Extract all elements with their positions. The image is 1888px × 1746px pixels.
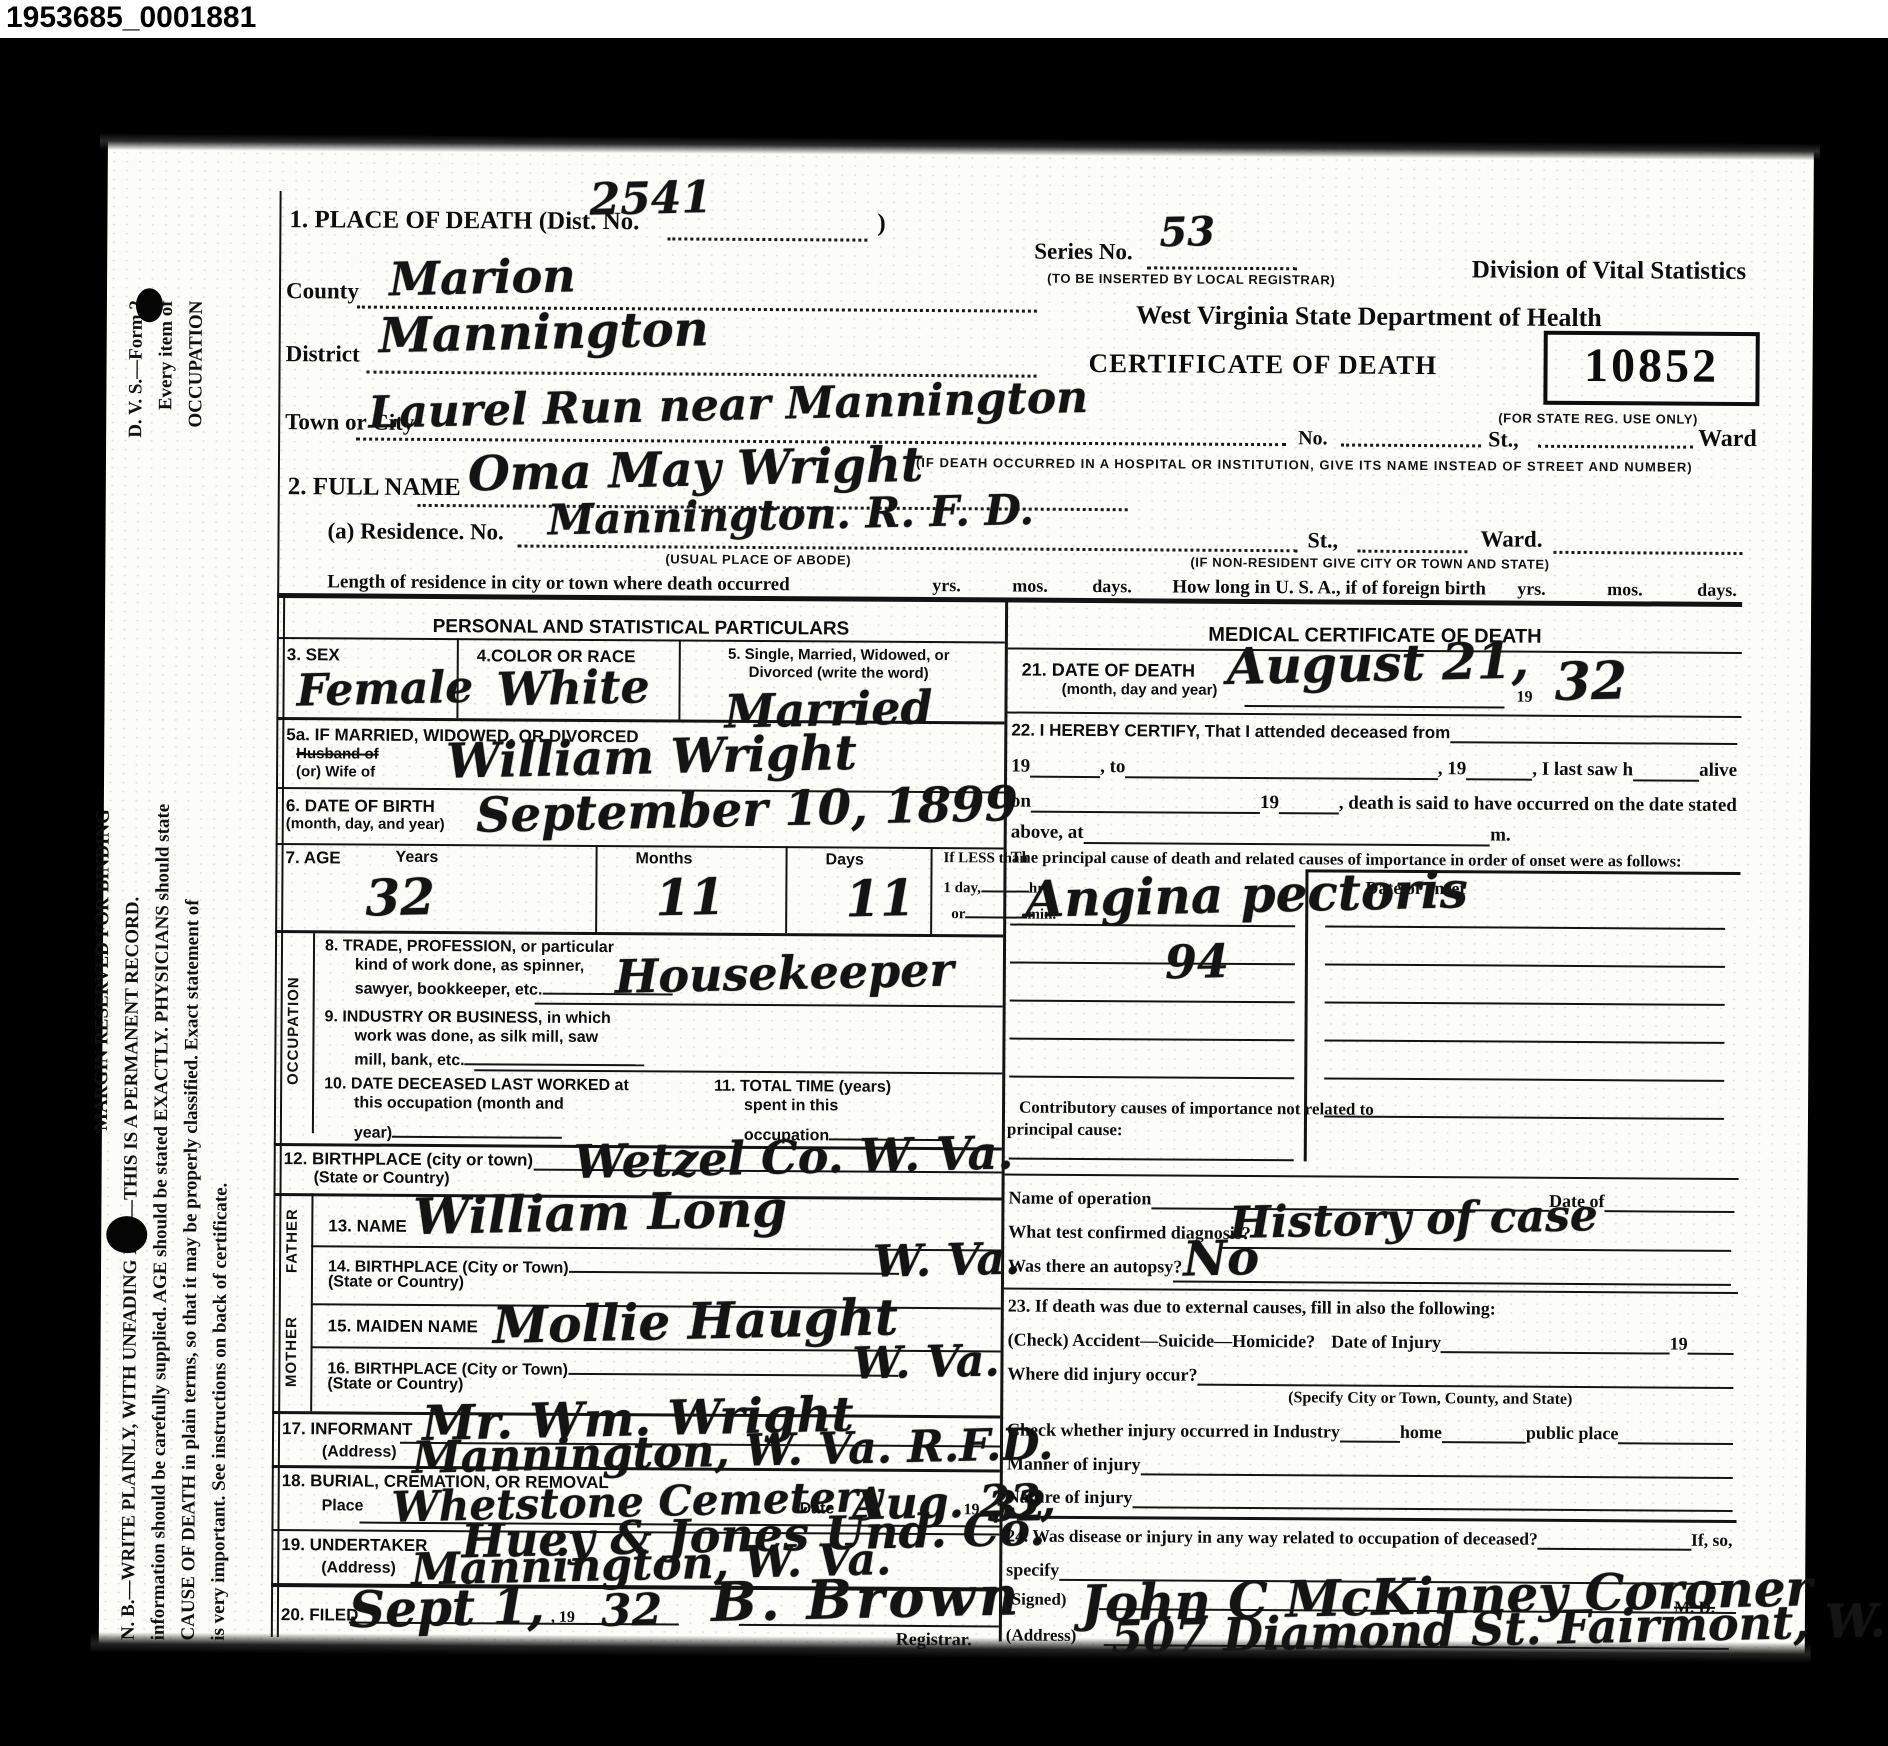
rule [1009,1038,1294,1042]
leader [1357,550,1467,554]
ward-label: Ward [1698,426,1757,453]
district-number-value: 2541 [589,172,713,226]
autopsy-value: No [1183,1230,1260,1288]
father-birthplace-sublabel: (State or Country) [328,1273,464,1292]
sex-value: Female [296,662,474,717]
rule [1244,705,1504,709]
registration-number-box: 10852 [1543,331,1759,406]
age-label: 7. AGE [285,848,340,868]
hospital-note: (IF DEATH OCCURRED IN A HOSPITAL OR INST… [916,455,1693,475]
date-of-death-sublabel: (month, day and year) [1062,681,1218,699]
certificate-title: CERTIFICATE OF DEATH [1088,348,1437,381]
trade-value: Housekeeper [614,942,954,1003]
district-value: Mannington [378,301,709,364]
rule [1324,1077,1724,1081]
certify-line-4: above, atm. [1011,822,1511,847]
registrar-label: Registrar. [896,1629,972,1650]
rule [1009,1158,1294,1162]
abode-note: (USUAL PLACE OF ABODE) [665,551,851,567]
date-of-death-value: August 21, [1226,630,1529,696]
state-reg-note: (FOR STATE REG. USE ONLY) [1498,410,1698,426]
husband-of-label: Husband of [296,745,379,763]
leader [1147,266,1297,270]
where-injury-line: Where did injury occur? [1007,1364,1733,1389]
manner-line: Manner of injury [1007,1454,1733,1479]
birthplace-value: Wetzel Co. W. Va. [573,1125,1014,1189]
date-of-death-label: 21. DATE OF DEATH [1022,660,1195,682]
signed-label: (Signed) [1006,1590,1067,1610]
check-line: (Check) Accident—Suicide—Homicide?Date o… [1008,1330,1734,1355]
cell-line [595,845,598,932]
certify-line-3: on19, death is said to have occurred on … [1011,791,1737,817]
age-months-value: 11 [655,867,726,928]
leader [667,237,867,241]
ink-blot [106,1216,147,1253]
series-note: (TO BE INSERTED BY LOCAL REGISTRAR) [1047,271,1335,288]
autopsy-label: Was there an autopsy? [1008,1256,1182,1278]
rule [1009,1076,1294,1080]
rule [1010,1000,1295,1004]
rule [1005,1173,1739,1179]
scan-fold-top [100,124,1820,161]
age-years-value: 32 [365,867,436,928]
place-of-death-label: 1. PLACE OF DEATH (Dist. No. [289,206,639,236]
yrs-label: yrs. [932,575,961,596]
total-time-label2: spent in this [744,1097,838,1116]
rule [1004,1287,1738,1293]
industry-label3: mill, bank, etc. [354,1047,644,1072]
undertaker-address-label: (Address) [321,1559,396,1577]
father-birthplace-value: W. Va. [873,1234,1021,1288]
mother-side-label: MOTHER [283,1307,301,1397]
maiden-name-label: 15. MAIDEN NAME [328,1316,478,1337]
dob-label: 6. DATE OF BIRTH [286,796,435,817]
cell-line [678,639,680,719]
race-value: White [496,659,650,716]
death-year-value: 32 [1554,650,1628,713]
rule [535,1003,1003,1008]
father-name-value: William Long [413,1179,788,1246]
department-title: West Virginia State Department of Health [1059,300,1679,334]
father-name-label: 13. NAME [328,1216,407,1236]
signed-address-label: (Address) [1006,1626,1077,1646]
county-value: Marion [389,248,577,306]
occupation-related-line: 24. Was disease or injury in any way rel… [1006,1526,1732,1551]
nature-line: Nature of injury [1007,1487,1733,1512]
rule [1007,712,1741,718]
certify-line-1: 22. I HEREBY CERTIFY, That I attended de… [1011,720,1737,745]
industry-label: 9. INDUSTRY OR BUSINESS, in which [325,1008,611,1028]
age-days-header: Days [825,851,863,869]
leader [1553,551,1742,555]
birthplace-label: 12. BIRTHPLACE (city or town) [284,1149,533,1171]
external-causes-label: 23. If death was due to external causes,… [1008,1296,1496,1320]
bracket-line [312,933,315,1133]
leader [1341,444,1481,448]
registration-number: 10852 [1584,339,1719,393]
last-worked-label: 10. DATE DECEASED LAST WORKED at [324,1075,629,1095]
leader [1538,445,1693,449]
marital-label: 5. Single, Married, Widowed, orDivorced … [689,646,989,684]
scan-filename: 1953685_0001881 [6,1,256,35]
rule [1221,1247,1731,1252]
industry-home-line: Check whether injury occurred in Industr… [1007,1420,1733,1445]
ink-blot [136,288,163,322]
sex-label: 3. SEX [287,645,340,665]
residence-value: Mannington. R. F. D. [547,485,1034,545]
last-worked-label2: this occupation (month and [354,1095,564,1114]
scanned-page: 1953685_0001881 MARGIN RESERVED FOR BIND… [0,0,1888,1746]
filed-year-value: 32 [600,1585,662,1637]
certify-line-2: 19, to, 19, I last saw halive [1011,756,1737,782]
town-value: Laurel Run near Mannington [368,372,1089,439]
rule [275,930,1003,937]
total-time-label: 11. TOTAL TIME (years) [714,1078,891,1097]
length-residence-label: Length of residence in city or town wher… [327,571,790,596]
cell-line [785,846,788,933]
series-no-value: 53 [1159,208,1216,256]
residence-label: (a) Residence. No. [327,518,503,545]
maiden-name-value: Mollie Haught [492,1287,899,1355]
residence-ward-label: Ward. [1480,526,1542,552]
industry-label2: work was done, as silk mill, saw [354,1028,598,1047]
trade-label2: kind of work done, as spinner, [355,957,584,976]
binding-margin-text: MARGIN RESERVED FOR BINDING N. B.—WRITE … [84,300,244,1641]
yrs-label: yrs. [1517,579,1546,600]
rule [1003,1515,1737,1522]
rule [1325,963,1725,967]
days-label: days. [1092,576,1132,597]
days-label: days. [1697,580,1737,601]
age-days-value: 11 [845,868,916,929]
leader [517,545,1297,553]
specify-note: (Specify City or Town, County, and State… [1200,1389,1660,1410]
certificate-paper: MARGIN RESERVED FOR BINDING N. B.—WRITE … [99,130,1814,1664]
residence-st-label: St., [1307,527,1338,553]
trade-label: 8. TRADE, PROFESSION, or particular [325,937,614,957]
cause-code-value: 94 [1164,934,1229,989]
contributory-label2: principal cause: [1007,1120,1123,1141]
father-side-label: FATHER [283,1196,301,1286]
scan-filename-bar: 1953685_0001881 [0,0,1888,38]
bracket-line [310,1303,313,1411]
mos-label: mos. [1607,579,1643,600]
county-label: County [286,278,359,304]
test-value: History of case [1229,1190,1598,1249]
informant-address-label: (Address) [322,1443,397,1461]
cause-of-death-value: Angina pectoris [1025,860,1469,929]
usa-length-label: How long in U. S. A., if of foreign birt… [1172,577,1486,601]
filed-date-value: Sept 1, [348,1576,545,1639]
informant-label: 17. INFORMANT [282,1419,412,1440]
rule [1010,962,1295,966]
occupation-side-label: OCCUPATION [284,941,302,1121]
dob-value: September 10, 1899 [475,776,1018,844]
bracket-line [311,1193,314,1303]
rule [276,843,1004,849]
no-label: No. [1298,427,1328,450]
burial-place-label: Place [322,1497,364,1515]
undertaker-label: 19. UNDERTAKER [281,1535,427,1556]
district-label: District [286,341,360,367]
rule [1324,1039,1724,1043]
mother-birthplace-value: W. Va. [852,1335,1000,1389]
contributory-label: Contributory causes of importance not re… [1019,1098,1374,1120]
rule [1325,1001,1725,1005]
paren: ) [877,210,885,238]
birthplace-sublabel: (State or Country) [314,1169,450,1188]
last-worked-label3: year) [354,1120,562,1144]
death-19: 19 [1517,689,1533,707]
dob-sublabel: (month, day, and year) [286,815,445,833]
st-label: St., [1488,426,1519,452]
series-no-label: Series No. [1034,239,1133,266]
nonresident-note: (IF NON-RESIDENT GIVE CITY OR TOWN AND S… [1190,555,1549,572]
age-years-header: Years [396,849,439,867]
filed-label: 20. FILED [281,1605,359,1625]
rule [1324,1115,1724,1119]
mos-label: mos. [1012,576,1048,597]
rule [1325,925,1725,929]
division-title: Division of Vital Statistics [1414,256,1746,286]
wife-of-label: (or) Wife of [296,763,375,780]
mother-birthplace-sublabel: (State or Country) [327,1375,463,1394]
cell-line [930,847,933,934]
rule [474,1069,1002,1074]
age-months-header: Months [636,850,693,868]
full-name-label: 2. FULL NAME [288,473,461,502]
